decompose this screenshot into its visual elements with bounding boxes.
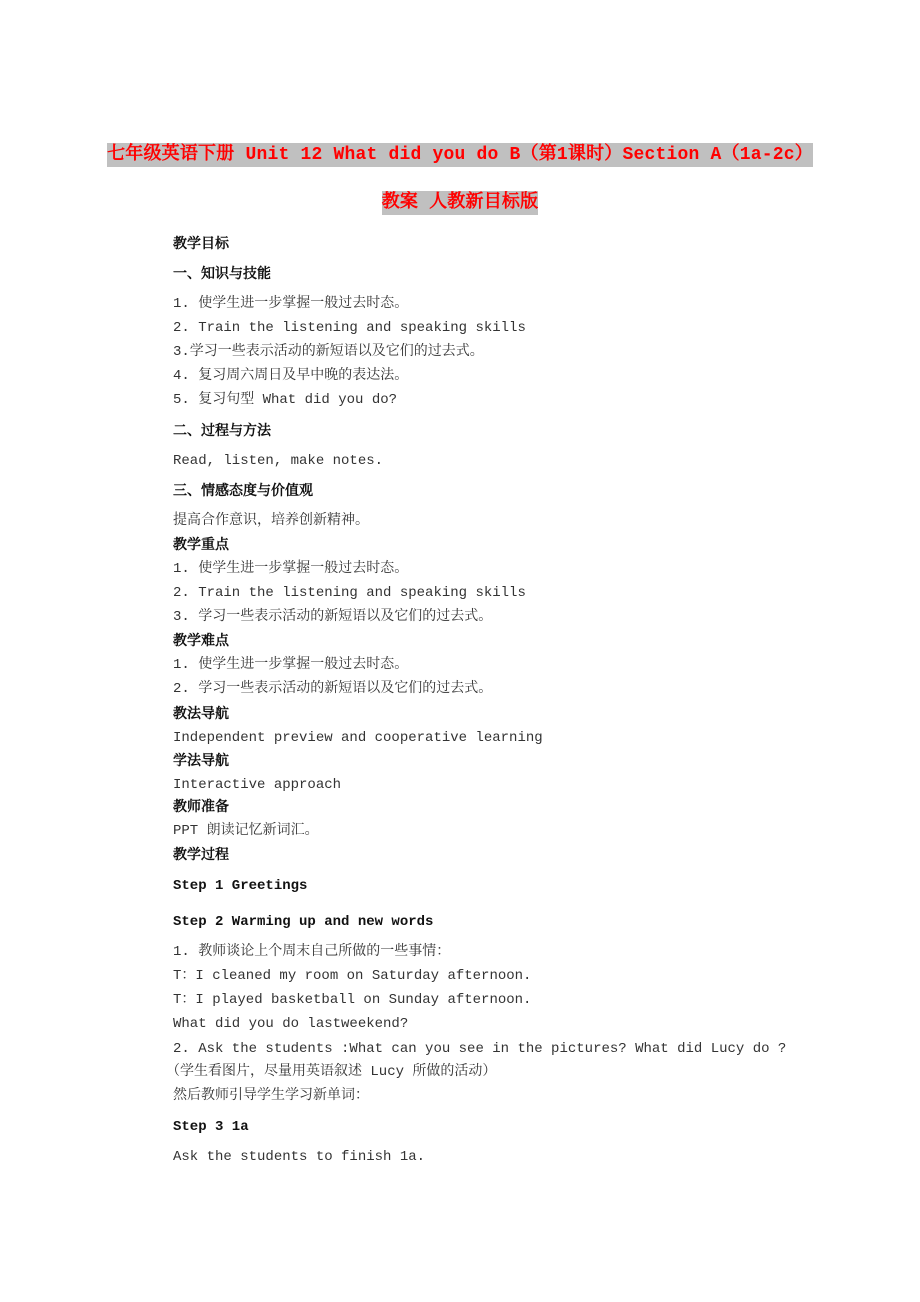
key-point-item: 3. 学习一些表示活动的新短语以及它们的过去式。 (173, 608, 492, 626)
step-2-heading: Step 2 Warming up and new words (173, 913, 433, 931)
knowledge-item: 3.学习一些表示活动的新短语以及它们的过去式。 (173, 343, 484, 361)
teacher-prep-text: PPT 朗读记忆新词汇。 (173, 822, 319, 840)
procedure-heading: 教学过程 (173, 846, 229, 864)
step-1-heading: Step 1 Greetings (173, 877, 307, 895)
title-text-2: 教案 人教新目标版 (382, 191, 539, 215)
document-page: 七年级英语下册 Unit 12 What did you do B（第1课时）S… (0, 0, 920, 1302)
difficulty-item: 1. 使学生进一步掌握一般过去时态。 (173, 656, 408, 674)
knowledge-item: 1. 使学生进一步掌握一般过去时态。 (173, 295, 408, 313)
process-heading: 二、过程与方法 (173, 422, 271, 440)
knowledge-item: 2. Train the listening and speaking skil… (173, 319, 526, 337)
step-2-line: T：I played basketball on Sunday afternoo… (173, 991, 531, 1009)
teaching-method-text: Independent preview and cooperative lear… (173, 729, 543, 747)
objectives-heading: 教学目标 (173, 235, 229, 253)
emotion-text: 提高合作意识，培养创新精神。 (173, 512, 369, 530)
emotion-heading: 三、情感态度与价值观 (173, 482, 313, 500)
knowledge-item: 5. 复习句型 What did you do? (173, 391, 397, 409)
step-2-line: 1. 教师谈论上个周末自己所做的一些事情： (173, 943, 450, 961)
step-2-line: 2. Ask the students :What can you see in… (173, 1040, 786, 1058)
key-point-item: 1. 使学生进一步掌握一般过去时态。 (173, 560, 408, 578)
process-text: Read, listen, make notes. (173, 452, 383, 470)
step-3-text: Ask the students to finish 1a. (173, 1148, 425, 1166)
step-2-line: What did you do lastweekend? (173, 1015, 408, 1033)
step-2-line: T：I cleaned my room on Saturday afternoo… (173, 967, 531, 985)
key-points-heading: 教学重点 (173, 536, 229, 554)
difficulty-item: 2. 学习一些表示活动的新短语以及它们的过去式。 (173, 680, 492, 698)
key-point-item: 2. Train the listening and speaking skil… (173, 584, 526, 602)
step-2-line: 然后教师引导学生学习新单词： (173, 1087, 369, 1105)
teacher-prep-heading: 教师准备 (173, 798, 229, 816)
learning-method-heading: 学法导航 (173, 752, 229, 770)
teaching-method-heading: 教法导航 (173, 705, 229, 723)
learning-method-text: Interactive approach (173, 776, 341, 794)
knowledge-heading: 一、知识与技能 (173, 265, 271, 283)
knowledge-item: 4. 复习周六周日及早中晚的表达法。 (173, 367, 408, 385)
document-title-line-2: 教案 人教新目标版 (0, 190, 920, 216)
document-title-line-1: 七年级英语下册 Unit 12 What did you do B（第1课时）S… (0, 142, 920, 168)
title-text-1: 七年级英语下册 Unit 12 What did you do B（第1课时）S… (107, 143, 813, 167)
step-2-line: （学生看图片，尽量用英语叙述 Lucy 所做的活动） (166, 1063, 496, 1081)
step-3-heading: Step 3 1a (173, 1118, 249, 1136)
difficulties-heading: 教学难点 (173, 632, 229, 650)
